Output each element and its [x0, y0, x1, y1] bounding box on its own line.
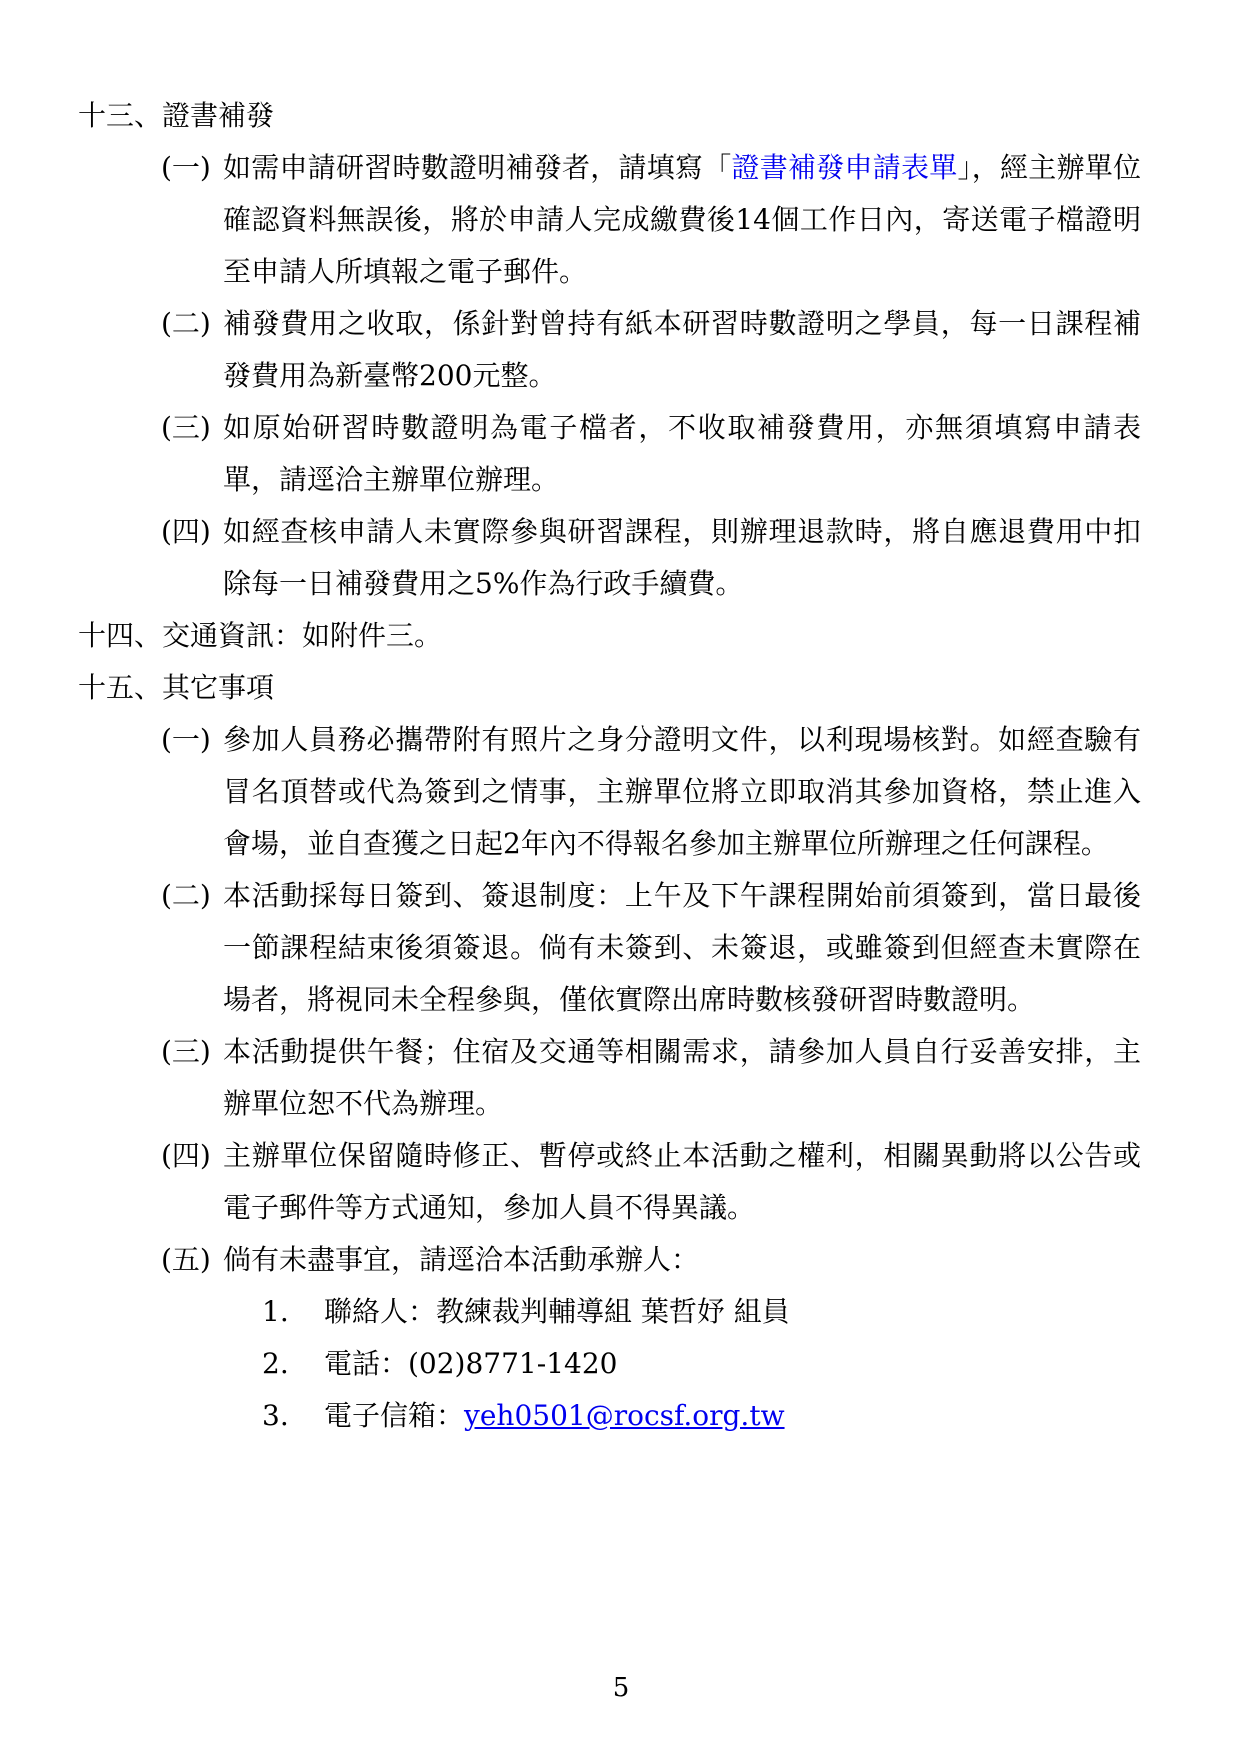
- contact-phone-line: 2.電話：(02)8771-1420: [262, 1338, 1141, 1390]
- contact-email-line: 3.電子信箱：yeh0501@rocsf.org.tw: [262, 1390, 1141, 1442]
- list-item: (一) 如需申請研習時數證明補發者，請填寫「證書補發申請表單」，經主辦單位確認資…: [223, 142, 1141, 298]
- certificate-reissue-form-link[interactable]: 證書補發申請表單: [731, 151, 957, 184]
- section-heading-other-matters: 十五、其它事項: [78, 662, 1178, 714]
- document-page: 十三、證書補發 (一) 如需申請研習時數證明補發者，請填寫「證書補發申請表單」，…: [0, 0, 1242, 1756]
- item-marker: (五): [161, 1234, 211, 1286]
- contact-person-line: 1.聯絡人：教練裁判輔導組 葉哲妤 組員: [262, 1286, 1141, 1338]
- item-text: 本活動採每日簽到、簽退制度：上午及下午課程開始前須簽到，當日最後一節課程結束後須…: [223, 879, 1141, 1016]
- list-item: (一) 參加人員務必攜帶附有照片之身分證明文件，以利現場核對。如經查驗有冒名頂替…: [223, 714, 1141, 870]
- contact-phone-text: 電話：(02)8771-1420: [324, 1347, 617, 1380]
- contact-email-link[interactable]: yeh0501@rocsf.org.tw: [464, 1399, 785, 1432]
- item-marker: (四): [161, 1130, 211, 1182]
- item-marker: (三): [161, 402, 211, 454]
- contact-person-text: 聯絡人：教練裁判輔導組 葉哲妤 組員: [324, 1295, 790, 1328]
- item-text: 如經查核申請人未實際參與研習課程，則辦理退款時，將自應退費用中扣除每一日補發費用…: [223, 515, 1141, 600]
- list-item: (三) 如原始研習時數證明為電子檔者，不收取補發費用，亦無須填寫申請表單，請逕洽…: [223, 402, 1141, 506]
- page-number: 5: [0, 1668, 1242, 1708]
- item-text: 如原始研習時數證明為電子檔者，不收取補發費用，亦無須填寫申請表單，請逕洽主辦單位…: [223, 411, 1141, 496]
- item-text: 補發費用之收取，係針對曾持有紙本研習時數證明之學員，每一日課程補發費用為新臺幣2…: [223, 307, 1141, 392]
- item-text: 主辦單位保留隨時修正、暫停或終止本活動之權利，相關異動將以公告或電子郵件等方式通…: [223, 1139, 1141, 1224]
- text-run: 如需申請研習時數證明補發者，請填寫「: [223, 151, 731, 184]
- item-marker: (一): [161, 142, 211, 194]
- section-heading-certificate-reissue: 十三、證書補發: [78, 90, 1178, 142]
- list-item: (四) 主辦單位保留隨時修正、暫停或終止本活動之權利，相關異動將以公告或電子郵件…: [223, 1130, 1141, 1234]
- list-item: (二) 本活動採每日簽到、簽退制度：上午及下午課程開始前須簽到，當日最後一節課程…: [223, 870, 1141, 1026]
- subitem-number: 1.: [262, 1286, 324, 1338]
- item-marker: (二): [161, 298, 211, 350]
- item-marker: (二): [161, 870, 211, 922]
- item-text: 參加人員務必攜帶附有照片之身分證明文件，以利現場核對。如經查驗有冒名頂替或代為簽…: [223, 723, 1141, 860]
- section-heading-transportation: 十四、交通資訊：如附件三。: [78, 610, 1178, 662]
- list-item: (四) 如經查核申請人未實際參與研習課程，則辦理退款時，將自應退費用中扣除每一日…: [223, 506, 1141, 610]
- item-marker: (四): [161, 506, 211, 558]
- item-marker: (一): [161, 714, 211, 766]
- subitem-number: 3.: [262, 1390, 324, 1442]
- list-item: (三) 本活動提供午餐；住宿及交通等相關需求，請參加人員自行妥善安排，主辦單位恕…: [223, 1026, 1141, 1130]
- item-text: 倘有未盡事宜，請逕洽本活動承辦人：: [223, 1243, 699, 1276]
- item-text: 本活動提供午餐；住宿及交通等相關需求，請參加人員自行妥善安排，主辦單位恕不代為辦…: [223, 1035, 1141, 1120]
- subitem-number: 2.: [262, 1338, 324, 1390]
- item-marker: (三): [161, 1026, 211, 1078]
- list-item: (二) 補發費用之收取，係針對曾持有紙本研習時數證明之學員，每一日課程補發費用為…: [223, 298, 1141, 402]
- list-item: (五) 倘有未盡事宜，請逕洽本活動承辦人： 1.聯絡人：教練裁判輔導組 葉哲妤 …: [223, 1234, 1141, 1442]
- contact-email-label: 電子信箱：: [324, 1399, 464, 1432]
